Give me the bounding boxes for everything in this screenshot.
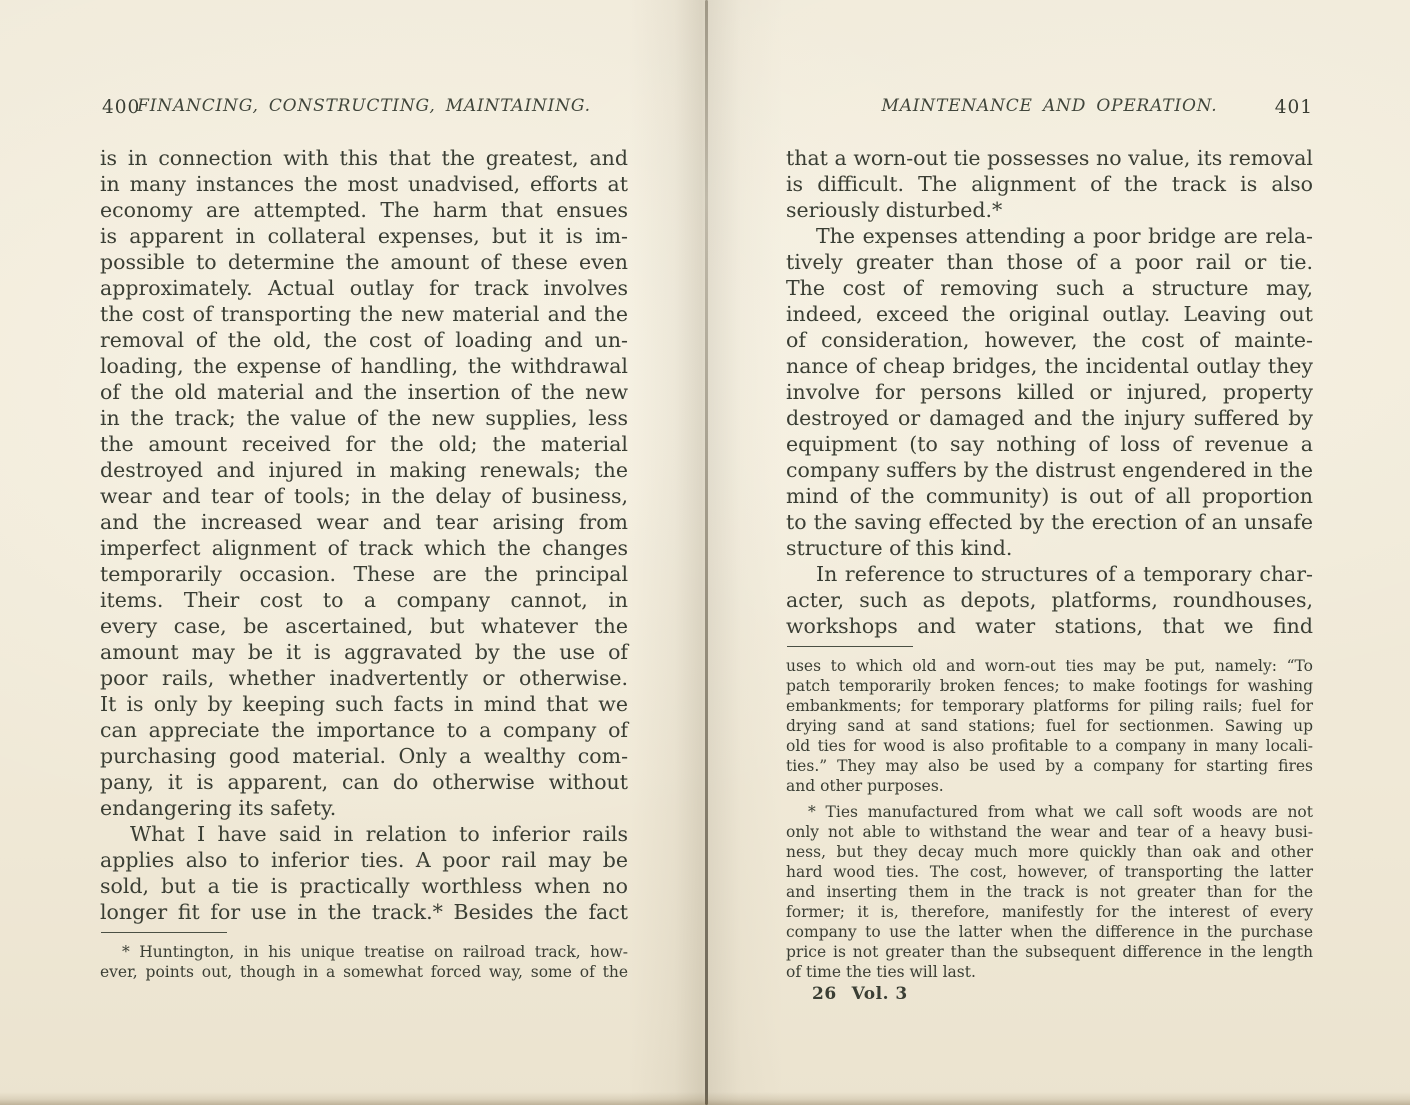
text-line: involve for persons killed or injured, p…	[786, 379, 1313, 405]
left-page-header: 400 FINANCING, CONSTRUCTING, MAINTAINING…	[100, 96, 628, 120]
text-line: patch temporarily broken fences; to make…	[786, 676, 1313, 696]
text-line: the cost of transporting the new materia…	[100, 301, 628, 327]
right-running-head: MAINTENANCE AND OPERATION.	[882, 96, 1218, 116]
text-line: poor rails, whether inadvertently or oth…	[100, 665, 628, 691]
text-line: longer fit for use in the track.* Beside…	[100, 899, 628, 925]
text-line: * Huntington, in his unique treatise on …	[100, 942, 628, 962]
text-line: wear and tear of tools; in the delay of …	[100, 483, 628, 509]
text-line: every case, be ascertained, but whatever…	[100, 613, 628, 639]
left-footnote: * Huntington, in his unique treatise on …	[100, 942, 628, 982]
text-line: that a worn-out tie possesses no value, …	[786, 145, 1313, 171]
book-scan: 400 FINANCING, CONSTRUCTING, MAINTAINING…	[0, 0, 1410, 1105]
left-page-body: is in connection with this that the grea…	[100, 145, 628, 925]
text-line: in the track; the value of the new suppl…	[100, 405, 628, 431]
text-line: It is only by keeping such facts in mind…	[100, 691, 628, 717]
text-line: economy are attempted. The harm that ens…	[100, 197, 628, 223]
right-footnote-continuation: uses to which old and worn-out ties may …	[786, 656, 1313, 796]
text-line: indeed, exceed the original outlay. Leav…	[786, 301, 1313, 327]
text-line: and the increased wear and tear arising …	[100, 509, 628, 535]
text-line: and inserting them in the track is not g…	[786, 882, 1313, 902]
right-page: MAINTENANCE AND OPERATION. 401 that a wo…	[786, 96, 1313, 1004]
text-line: is in connection with this that the grea…	[100, 145, 628, 171]
text-line: of time the ties will last.	[786, 962, 1313, 982]
text-line: embankments; for temporary platforms for…	[786, 696, 1313, 716]
left-page-number: 400	[102, 97, 140, 118]
text-line: What I have said in relation to inferior…	[100, 821, 628, 847]
text-line: purchasing good material. Only a wealthy…	[100, 743, 628, 769]
left-footnote-rule	[101, 932, 227, 933]
text-line: temporarily occasion. These are the prin…	[100, 561, 628, 587]
text-line: approximately. Actual outlay for track i…	[100, 275, 628, 301]
text-line: pany, it is apparent, can do otherwise w…	[100, 769, 628, 795]
text-line: nance of cheap bridges, the incidental o…	[786, 353, 1313, 379]
right-page-number: 401	[1275, 97, 1313, 118]
text-line: seriously disturbed.*	[786, 197, 1313, 223]
text-line: equipment (to say nothing of loss of rev…	[786, 431, 1313, 457]
text-line: amount may be it is aggravated by the us…	[100, 639, 628, 665]
text-line: mind of the community) is out of all pro…	[786, 483, 1313, 509]
text-line: acter, such as depots, platforms, roundh…	[786, 587, 1313, 613]
text-line: price is not greater than the subsequent…	[786, 942, 1313, 962]
text-line: old ties for wood is also profitable to …	[786, 736, 1313, 756]
text-line: loading, the expense of handling, the wi…	[100, 353, 628, 379]
text-line: hard wood ties. The cost, however, of tr…	[786, 862, 1313, 882]
right-footnote-rule	[787, 646, 913, 647]
text-line: former; it is, therefore, manifestly for…	[786, 902, 1313, 922]
left-running-head: FINANCING, CONSTRUCTING, MAINTAINING.	[137, 96, 591, 116]
text-line: and other purposes.	[786, 776, 1313, 796]
signature-line: 26Vol. 3	[786, 984, 1313, 1004]
signature-number: 26	[812, 984, 837, 1004]
text-line: tively greater than those of a poor rail…	[786, 249, 1313, 275]
text-line: in many instances the most unadvised, ef…	[100, 171, 628, 197]
text-line: is difficult. The alignment of the track…	[786, 171, 1313, 197]
text-line: to the saving effected by the erection o…	[786, 509, 1313, 535]
text-line: company suffers by the distrust engender…	[786, 457, 1313, 483]
text-line: ness, but they decay much more quickly t…	[786, 842, 1313, 862]
text-line: items. Their cost to a company cannot, i…	[100, 587, 628, 613]
text-line: is apparent in collateral expenses, but …	[100, 223, 628, 249]
text-line: * Ties manufactured from what we call so…	[786, 802, 1313, 822]
text-line: structure of this kind.	[786, 535, 1313, 561]
right-page-body: that a worn-out tie possesses no value, …	[786, 145, 1313, 639]
text-line: possible to determine the amount of thes…	[100, 249, 628, 275]
text-line: workshops and water stations, that we fi…	[786, 613, 1313, 639]
text-line: imperfect alignment of track which the c…	[100, 535, 628, 561]
text-line: removal of the old, the cost of loading …	[100, 327, 628, 353]
text-line: The cost of removing such a structure ma…	[786, 275, 1313, 301]
left-page: 400 FINANCING, CONSTRUCTING, MAINTAINING…	[100, 96, 628, 982]
text-line: drying sand at sand stations; fuel for s…	[786, 716, 1313, 736]
text-line: company to use the latter when the diffe…	[786, 922, 1313, 942]
text-line: applies also to inferior ties. A poor ra…	[100, 847, 628, 873]
text-line: uses to which old and worn-out ties may …	[786, 656, 1313, 676]
book-gutter-line	[705, 0, 708, 1105]
text-line: The expenses attending a poor bridge are…	[786, 223, 1313, 249]
text-line: ever, points out, though in a somewhat f…	[100, 962, 628, 982]
text-line: sold, but a tie is practically worthless…	[100, 873, 628, 899]
right-footnote-ties: * Ties manufactured from what we call so…	[786, 802, 1313, 982]
text-line: In reference to structures of a temporar…	[786, 561, 1313, 587]
right-page-header: MAINTENANCE AND OPERATION. 401	[786, 96, 1313, 120]
text-line: the amount received for the old; the mat…	[100, 431, 628, 457]
text-line: of consideration, however, the cost of m…	[786, 327, 1313, 353]
page-edge-shadow	[0, 1092, 1410, 1105]
text-line: ties.” They may also be used by a compan…	[786, 756, 1313, 776]
text-line: destroyed or damaged and the injury suff…	[786, 405, 1313, 431]
text-line: only not able to withstand the wear and …	[786, 822, 1313, 842]
text-line: of the old material and the insertion of…	[100, 379, 628, 405]
text-line: destroyed and injured in making renewals…	[100, 457, 628, 483]
text-line: endangering its safety.	[100, 795, 628, 821]
signature-volume: Vol. 3	[852, 984, 908, 1004]
text-line: can appreciate the importance to a compa…	[100, 717, 628, 743]
